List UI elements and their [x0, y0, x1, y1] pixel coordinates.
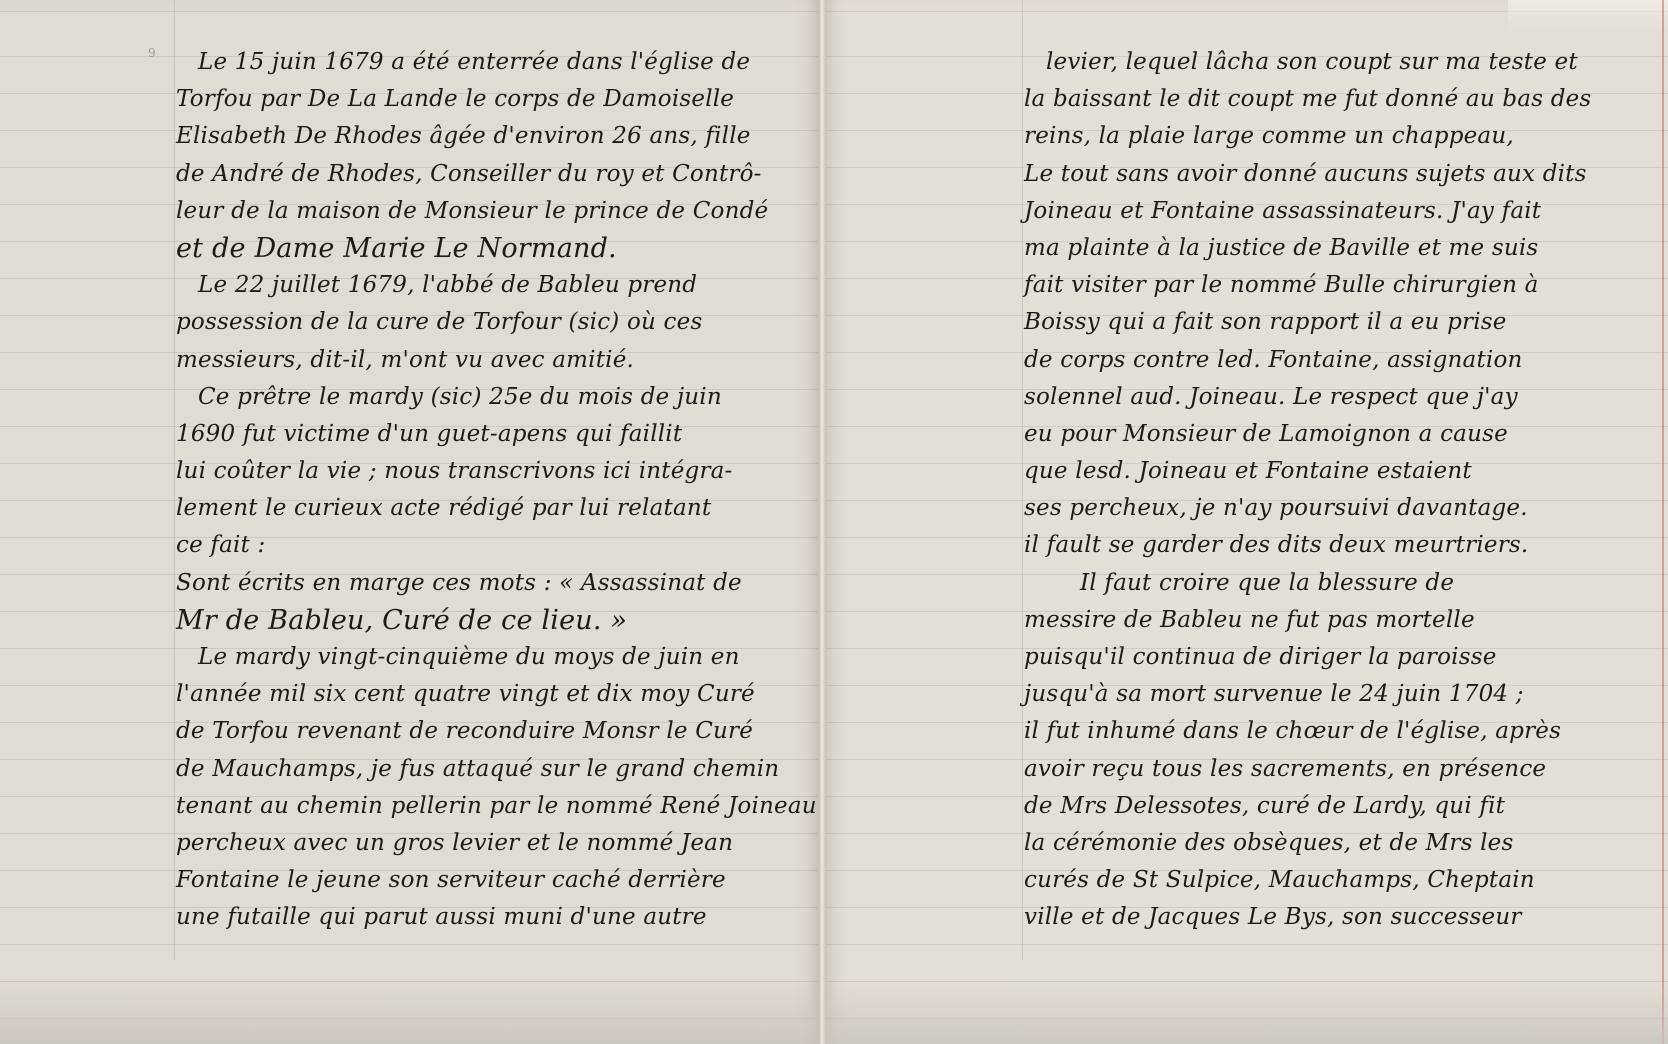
left-page: 9 Le 15 juin 1679 a été enterrée dans l'… — [0, 0, 822, 1044]
manuscript-line: ses percheux, je n'ay poursuivi davantag… — [1024, 490, 1634, 527]
manuscript-line: l'année mil six cent quatre vingt et dix… — [176, 676, 796, 713]
manuscript-line: il fault se garder des dits deux meurtri… — [1024, 527, 1634, 564]
manuscript-line: de Mrs Delessotes, curé de Lardy, qui fi… — [1024, 788, 1634, 825]
manuscript-line: messieurs, dit-il, m'ont vu avec amitié. — [176, 342, 796, 379]
manuscript-line: Le mardy vingt-cinquième du moys de juin… — [176, 639, 796, 676]
manuscript-line: lui coûter la vie ; nous transcrivons ic… — [176, 453, 796, 490]
manuscript-line: de corps contre led. Fontaine, assignati… — [1024, 342, 1634, 379]
page-edge-rule — [1662, 0, 1664, 1044]
margin-rule — [174, 0, 175, 960]
manuscript-line: de Torfou revenant de reconduire Monsr l… — [176, 713, 796, 750]
book-gutter — [818, 0, 826, 1044]
manuscript-line: et de Dame Marie Le Normand. — [176, 230, 796, 267]
manuscript-line: ce fait : — [176, 527, 796, 564]
manuscript-line: Le 22 juillet 1679, l'abbé de Bableu pre… — [176, 267, 796, 304]
left-page-text: Le 15 juin 1679 a été enterrée dans l'ég… — [176, 44, 796, 937]
page-corner-mark: 9 — [148, 46, 156, 60]
right-page-text: levier, lequel lâcha son coupt sur ma te… — [1024, 44, 1634, 937]
notebook-spread: 9 Le 15 juin 1679 a été enterrée dans l'… — [0, 0, 1668, 1044]
manuscript-line: la baissant le dit coupt me fut donné au… — [1024, 81, 1634, 118]
manuscript-line: Fontaine le jeune son serviteur caché de… — [176, 862, 796, 899]
manuscript-line: Sont écrits en marge ces mots : « Assass… — [176, 565, 796, 602]
manuscript-line: puisqu'il continua de diriger la paroiss… — [1024, 639, 1634, 676]
manuscript-line: de André de Rhodes, Conseiller du roy et… — [176, 156, 796, 193]
manuscript-line: Ce prêtre le mardy (sic) 25e du mois de … — [176, 379, 796, 416]
manuscript-line: ville et de Jacques Le Bys, son successe… — [1024, 899, 1634, 936]
page-shadow — [0, 980, 822, 1044]
page-fold — [1508, 0, 1668, 30]
manuscript-line: Elisabeth De Rhodes âgée d'environ 26 an… — [176, 118, 796, 155]
manuscript-line: ma plainte à la justice de Baville et me… — [1024, 230, 1634, 267]
manuscript-line: Torfou par De La Lande le corps de Damoi… — [176, 81, 796, 118]
manuscript-line: Mr de Bableu, Curé de ce lieu. » — [176, 602, 796, 639]
manuscript-line: reins, la plaie large comme un chappeau, — [1024, 118, 1634, 155]
manuscript-line: solennel aud. Joineau. Le respect que j'… — [1024, 379, 1634, 416]
manuscript-line: il fut inhumé dans le chœur de l'église,… — [1024, 713, 1634, 750]
manuscript-line: possession de la cure de Torfour (sic) o… — [176, 304, 796, 341]
manuscript-line: lement le curieux acte rédigé par lui re… — [176, 490, 796, 527]
manuscript-line: curés de St Sulpice, Mauchamps, Cheptain — [1024, 862, 1634, 899]
manuscript-line: tenant au chemin pellerin par le nommé R… — [176, 788, 796, 825]
manuscript-line: que lesd. Joineau et Fontaine estaient — [1024, 453, 1634, 490]
manuscript-line: Boissy qui a fait son rapport il a eu pr… — [1024, 304, 1634, 341]
manuscript-line: Le tout sans avoir donné aucuns sujets a… — [1024, 156, 1634, 193]
manuscript-line: une futaille qui parut aussi muni d'une … — [176, 899, 796, 936]
margin-rule — [1022, 0, 1023, 960]
manuscript-line: 1690 fut victime d'un guet-apens qui fai… — [176, 416, 796, 453]
manuscript-line: messire de Bableu ne fut pas mortelle — [1024, 602, 1634, 639]
manuscript-line: la cérémonie des obsèques, et de Mrs les — [1024, 825, 1634, 862]
manuscript-line: jusqu'à sa mort survenue le 24 juin 1704… — [1024, 676, 1634, 713]
manuscript-line: eu pour Monsieur de Lamoignon a cause — [1024, 416, 1634, 453]
manuscript-line: Le 15 juin 1679 a été enterrée dans l'ég… — [176, 44, 796, 81]
right-page: levier, lequel lâcha son coupt sur ma te… — [822, 0, 1668, 1044]
manuscript-line: percheux avec un gros levier et le nommé… — [176, 825, 796, 862]
page-shadow — [822, 980, 1668, 1044]
manuscript-line: leur de la maison de Monsieur le prince … — [176, 193, 796, 230]
manuscript-line: fait visiter par le nommé Bulle chirurgi… — [1024, 267, 1634, 304]
manuscript-line: levier, lequel lâcha son coupt sur ma te… — [1024, 44, 1634, 81]
manuscript-line: Joineau et Fontaine assassinateurs. J'ay… — [1024, 193, 1634, 230]
manuscript-line: avoir reçu tous les sacrements, en prése… — [1024, 751, 1634, 788]
manuscript-line: de Mauchamps, je fus attaqué sur le gran… — [176, 751, 796, 788]
manuscript-line: Il faut croire que la blessure de — [1024, 565, 1634, 602]
